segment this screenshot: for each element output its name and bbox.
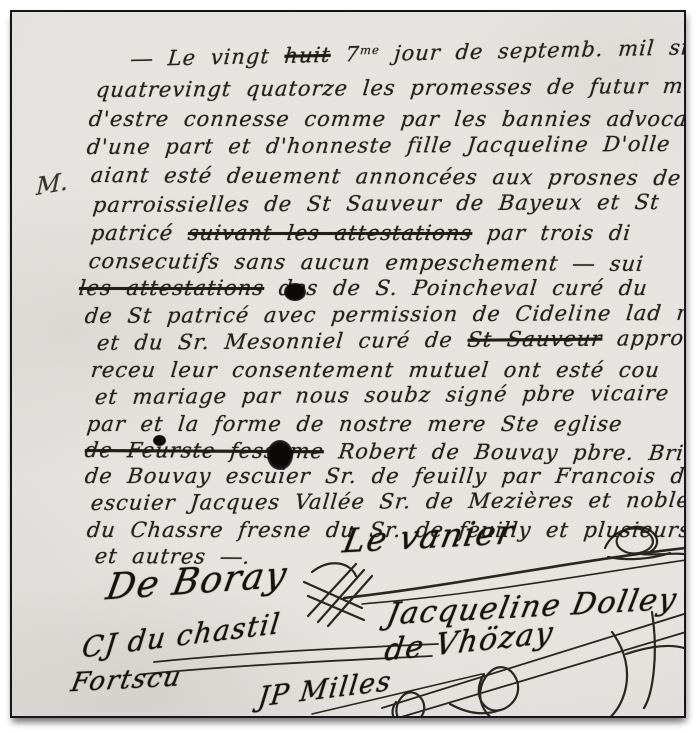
manuscript-line-5: aiant esté deuement annoncées aux prosne… [90, 165, 683, 189]
manuscript-line-16-part-1: de Bouvay escuier Sr. de feuilly par Fra… [84, 464, 686, 488]
manuscript-line-1-part-1: ― Le vingt [130, 44, 285, 71]
manuscript-line-16: de Bouvay escuier Sr. de feuilly par Fra… [84, 466, 686, 487]
manuscript-line-4-part-1: d'une part et d'honneste fille Jacquelin… [86, 132, 672, 159]
manuscript-line-10: de St patricé avec permission de Cidelin… [84, 303, 686, 327]
manuscript-line-2-part-1: quatrevingt quatorze les promesses de fu… [95, 74, 685, 102]
manuscript-line-4: d'une part et d'honneste fille Jacquelin… [86, 134, 672, 158]
manuscript-line-11-part-3: appro [601, 326, 685, 351]
manuscript-line-17-part-1: escuier Jacques Vallée Sr. de Mezières e… [90, 487, 686, 515]
margin-note: M. [36, 167, 69, 201]
manuscript-line-14-part-1: par et la forme de nostre mere Ste eglis… [86, 412, 624, 436]
manuscript-line-6: parroissielles de St Sauveur de Bayeux e… [92, 192, 661, 216]
manuscript-line-7-part-1: patricé [90, 221, 190, 245]
manuscript-line-7-part-3: par trois di [471, 221, 632, 245]
manuscript-line-14: par et la forme de nostre mere Ste eglis… [86, 414, 624, 435]
manuscript-line-11-part-1: et du Sr. Mesonniel curé de [96, 328, 469, 355]
manuscript-line-7-part-2: suivant les attestations [187, 221, 474, 245]
ink-blot-3 [153, 435, 166, 446]
manuscript-line-17: escuier Jacques Vallée Sr. de Mezières e… [90, 489, 686, 514]
manuscript-line-11: et du Sr. Mesonniel curé de St Sauveur a… [96, 328, 685, 354]
manuscript-line-2: quatrevingt quatorze les promesses de fu… [95, 76, 685, 101]
manuscript-paper: M. ― Le vingt huit 7me jour de septemb. … [10, 10, 686, 718]
ink-blot-1 [284, 283, 306, 301]
manuscript-line-8: consecutifs sans aucun empeschement ― su… [88, 251, 645, 275]
manuscript-line-9-part-1: les attestations [78, 276, 266, 300]
manuscript-line-15: de Feurste fessome Robert de Bouvay pbre… [84, 440, 685, 464]
signature-levanier: Le vanier [341, 515, 518, 557]
manuscript-line-8-part-1: consecutifs sans aucun empeschement ― su… [88, 249, 646, 276]
manuscript-line-3: d'estre connesse comme par les bannies a… [88, 109, 686, 130]
manuscript-line-1-part-2: huit [284, 43, 332, 68]
manuscript-line-7: patricé suivant les attestations par tro… [90, 223, 632, 244]
manuscript-line-1-part-4: me [360, 43, 381, 57]
manuscript-line-13: et mariage par nous soubz signé pbre vic… [94, 383, 670, 408]
manuscript-line-9: les attestations des de S. Poincheval cu… [78, 278, 649, 299]
manuscript-line-1: ― Le vingt huit 7me jour de septemb. mil… [130, 37, 686, 70]
signature-fortscu: Fortscu [69, 664, 184, 696]
manuscript-line-6-part-1: parroissielles de St Sauveur de Bayeux e… [92, 190, 661, 217]
signature-deboray: De Boray [104, 557, 291, 606]
manuscript-line-12: receu leur consentement mutuel ont esté … [90, 360, 661, 381]
signature-jp-milles: JP Milles [257, 668, 394, 712]
manuscript-line-9-part-3: de S. Poincheval curé du [317, 276, 649, 300]
manuscript-line-15-part-2: Robert de Bouvay pbre. Bri [323, 439, 686, 465]
manuscript-line-12-part-1: receu leur consentement mutuel ont esté … [90, 358, 661, 382]
manuscript-line-1-part-3: 7 [330, 42, 361, 67]
manuscript-line-10-part-1: de St patricé avec permission de Cidelin… [84, 301, 686, 328]
manuscript-line-1-part-5: jour de septemb. mil six [379, 35, 686, 66]
manuscript-line-11-part-2: St Sauveur [466, 327, 603, 352]
manuscript-line-3-part-1: d'estre connesse comme par les bannies a… [88, 107, 686, 131]
ink-blot-2 [267, 440, 293, 470]
signature-du-chastil: CJ du chastil [80, 610, 282, 663]
manuscript-line-13-part-1: et mariage par nous soubz signé pbre vic… [94, 381, 671, 409]
flourish-deboray-hatch [304, 563, 372, 626]
manuscript-line-5-part-1: aiant esté deuement annoncées aux prosne… [90, 163, 683, 190]
